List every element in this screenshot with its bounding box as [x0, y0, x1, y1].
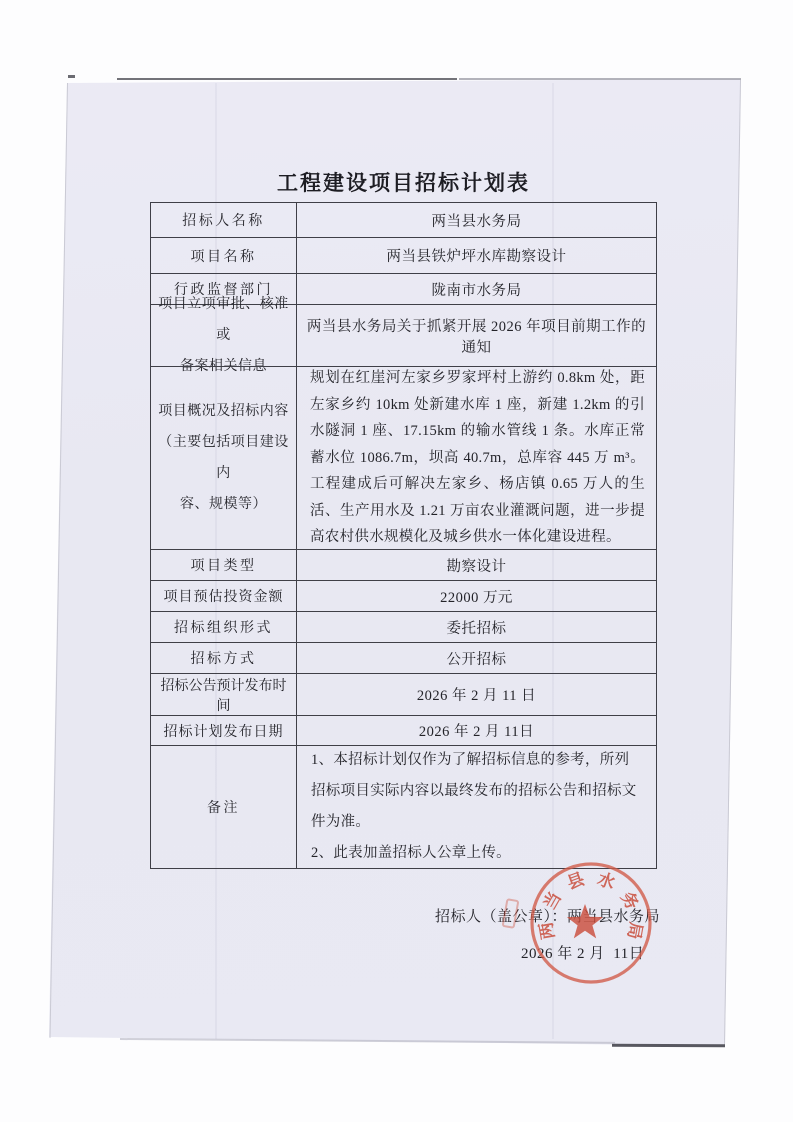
- table-row-organization-form: 招标组织形式 委托招标: [151, 611, 656, 642]
- remark-line: 1、本招标计划仅作为了解招标信息的参考，所列招标项目实际内容以最终发布的招标公告…: [311, 745, 642, 838]
- table-row-project-type: 项目类型 勘察设计: [151, 549, 656, 580]
- row-value: 2026 年 2 月 11 日: [297, 674, 656, 715]
- row-value: 两当县水务局关于抓紧开展 2026 年项目前期工作的通知: [297, 305, 656, 366]
- row-value: 陇南市水务局: [297, 274, 656, 304]
- table-row-approval-info: 项目立项审批、核准或 备案相关信息 两当县水务局关于抓紧开展 2026 年项目前…: [151, 304, 656, 366]
- seal-char: 两: [535, 921, 558, 941]
- row-label: 招标方式: [151, 643, 297, 673]
- seal-char: 县: [565, 869, 587, 893]
- bidding-plan-table: 招标人名称 两当县水务局 项目名称 两当县铁炉坪水库勘察设计 行政监督部门 陇南…: [150, 202, 657, 869]
- row-value: 2026 年 2 月 11日: [297, 716, 656, 745]
- table-row-bidder-name: 招标人名称 两当县水务局: [151, 203, 656, 237]
- row-label: 备注: [151, 746, 297, 868]
- table-row-project-name: 项目名称 两当县铁炉坪水库勘察设计: [151, 237, 656, 273]
- table-row-estimated-investment: 项目预估投资金额 22000 万元: [151, 580, 656, 611]
- row-label: 项目名称: [151, 238, 297, 273]
- row-value: 22000 万元: [297, 581, 656, 611]
- table-row-project-overview: 项目概况及招标内容 （主要包括项目建设内 容、规模等） 规划在红崖河左家乡罗家坪…: [151, 366, 656, 549]
- seal-char: 务: [617, 888, 643, 913]
- row-value: 勘察设计: [297, 550, 656, 580]
- seal-char: 局: [624, 921, 646, 941]
- row-label: 招标人名称: [151, 203, 297, 237]
- paper-edge-mark: [117, 78, 457, 80]
- row-value: 规划在红崖河左家乡罗家坪村上游约 0.8km 处，距左家乡约 10km 处新建水…: [297, 367, 656, 549]
- table-row-remarks: 备注 1、本招标计划仅作为了解招标信息的参考，所列招标项目实际内容以最终发布的招…: [151, 745, 656, 868]
- row-label-line: 项目概况及招标内容: [158, 396, 289, 427]
- row-label: 招标公告预计发布时间: [151, 674, 297, 715]
- paper-edge-mark: [68, 75, 75, 78]
- row-label: 招标计划发布日期: [151, 716, 297, 745]
- row-label: 项目预估投资金额: [151, 581, 297, 611]
- row-label-line: （主要包括项目建设内: [155, 427, 292, 489]
- row-value: 公开招标: [297, 643, 656, 673]
- seal-char: 水: [595, 868, 618, 893]
- row-value: 两当县铁炉坪水库勘察设计: [297, 238, 656, 273]
- table-row-bidding-method: 招标方式 公开招标: [151, 642, 656, 673]
- row-label: 项目立项审批、核准或 备案相关信息: [151, 305, 297, 366]
- seal-char: 当: [539, 888, 565, 913]
- official-seal: 两 当 县 水 务 局: [524, 856, 659, 991]
- seal-star-icon: [567, 904, 603, 938]
- paper-edge-shadow: [612, 1044, 725, 1047]
- table-row-announcement-date: 招标公告预计发布时间 2026 年 2 月 11 日: [151, 673, 656, 715]
- row-value: 两当县水务局: [297, 203, 656, 237]
- row-value: 委托招标: [297, 612, 656, 642]
- row-label: 项目概况及招标内容 （主要包括项目建设内 容、规模等）: [151, 367, 297, 549]
- row-value: 1、本招标计划仅作为了解招标信息的参考，所列招标项目实际内容以最终发布的招标公告…: [297, 746, 656, 868]
- row-label: 项目类型: [151, 550, 297, 580]
- table-row-plan-publish-date: 招标计划发布日期 2026 年 2 月 11日: [151, 715, 656, 745]
- row-label-line: 项目立项审批、核准或: [155, 289, 292, 351]
- paper-edge-mark: [459, 78, 741, 80]
- row-label: 招标组织形式: [151, 612, 297, 642]
- document-title: 工程建设项目招标计划表: [150, 167, 657, 197]
- remark-line: 2、此表加盖招标人公章上传。: [311, 838, 511, 869]
- row-label-line: 容、规模等）: [180, 489, 267, 520]
